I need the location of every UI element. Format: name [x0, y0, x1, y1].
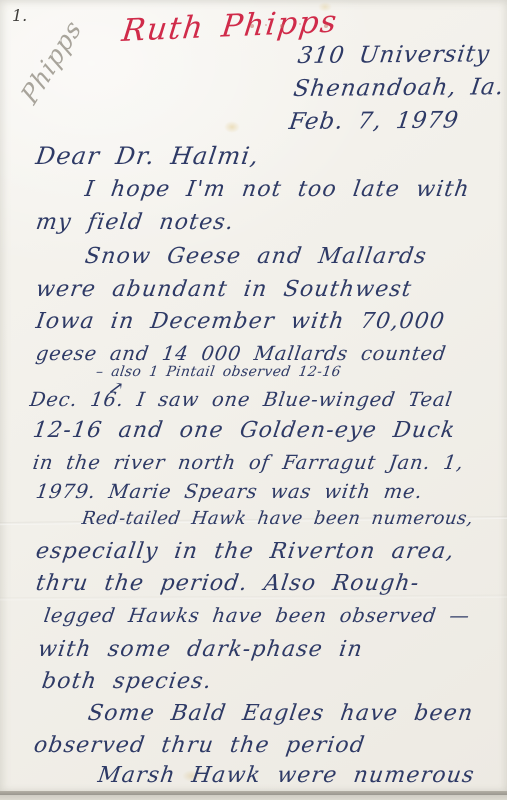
interline-insertion-note: – also 1 Pintail observed 12-16: [95, 364, 342, 380]
body-line-16: both species.: [40, 669, 213, 694]
body-line-17: Some Bald Eagles have been: [86, 701, 475, 726]
address-date-block: 310 University Shenandoah, Ia. Feb. 7, 1…: [287, 38, 507, 139]
scanner-background: [0, 795, 507, 800]
body-line-14: legged Hawks have been observed —: [42, 604, 471, 627]
salutation: Dear Dr. Halmi,: [34, 142, 261, 170]
paper-stain: [224, 121, 240, 133]
body-line-6: geese and 14 000 Mallards counted: [34, 342, 448, 365]
body-line-4: were abundant in Southwest: [34, 277, 414, 302]
body-line-3: Snow Geese and Mallards: [83, 244, 428, 269]
pencil-name-annotation: Phipps: [16, 15, 87, 109]
body-line-7: Dec. 16. I saw one Blue-winged Teal: [28, 388, 454, 411]
body-line-15: with some dark-phase in: [36, 637, 364, 662]
date-line: Feb. 7, 1979: [287, 104, 502, 139]
body-line-1: I hope I'm not too late with: [83, 177, 471, 202]
address-line: Shenandoah, Ia.: [291, 71, 506, 106]
body-line-8: 12-16 and one Golden-eye Duck: [31, 418, 457, 443]
body-line-11: Red-tailed Hawk have been numerous,: [81, 508, 475, 529]
body-line-5: Iowa in December with 70,000: [34, 309, 447, 334]
body-line-2: my field notes.: [34, 210, 236, 235]
body-line-9: in the river north of Farragut Jan. 1,: [31, 451, 465, 474]
body-line-12: especially in the Riverton area,: [34, 539, 456, 564]
scanned-letter: 1. Phipps Ruth Phipps 310 University She…: [0, 0, 507, 800]
body-line-13: thru the period. Also Rough-: [34, 571, 421, 596]
body-line-18: observed thru the period: [32, 733, 367, 758]
address-line: 310 University: [296, 38, 507, 73]
letter-paper: 1. Phipps Ruth Phipps 310 University She…: [0, 0, 507, 791]
body-line-19: Marsh Hawk were numerous: [96, 763, 476, 788]
page-number-annotation: 1.: [12, 6, 27, 25]
body-line-10: 1979. Marie Spears was with me.: [34, 480, 424, 503]
red-ink-specks: [250, 24, 254, 28]
